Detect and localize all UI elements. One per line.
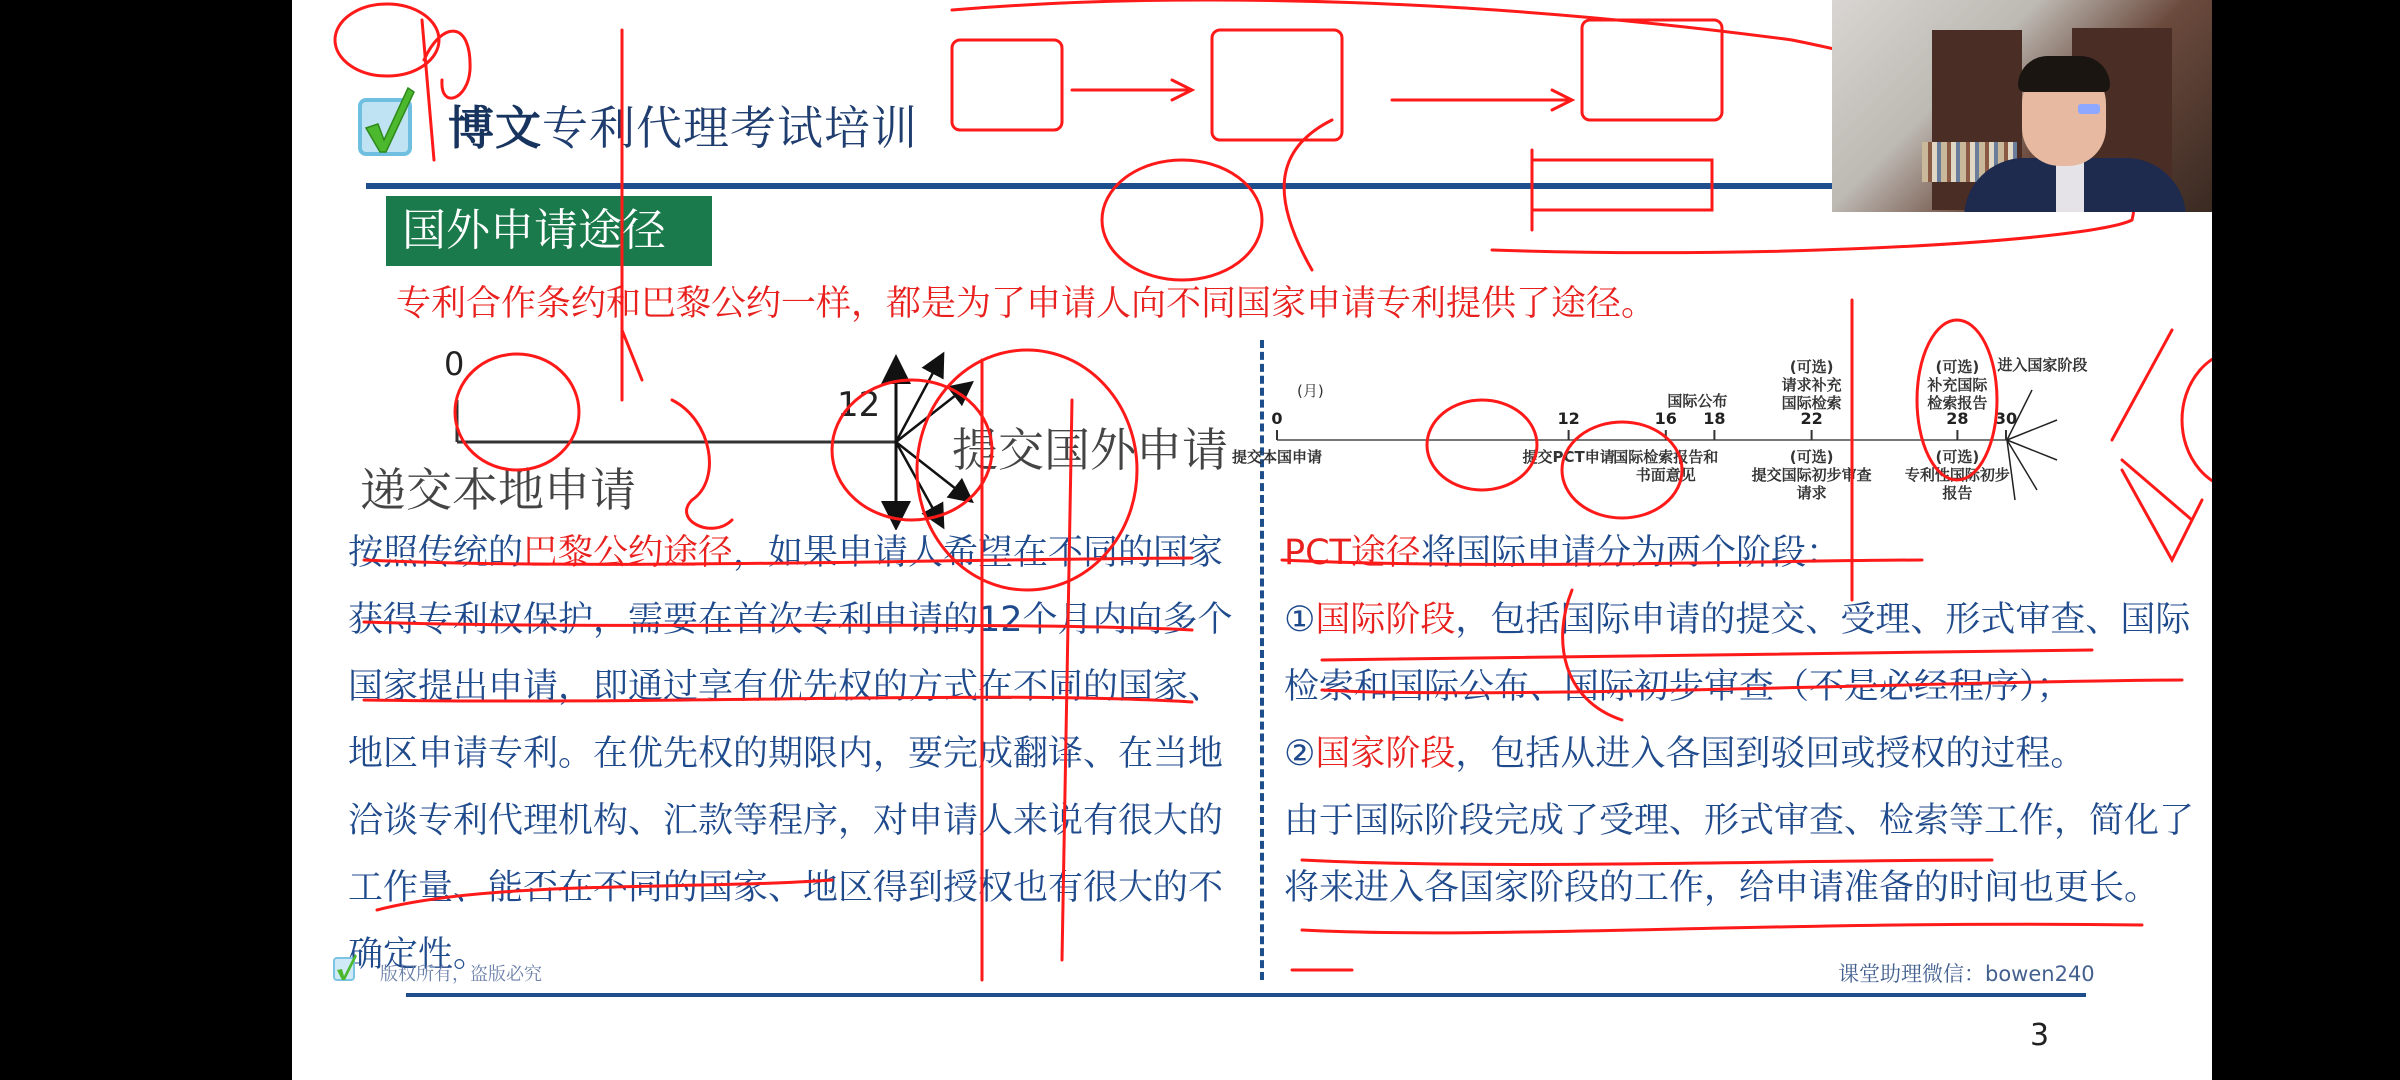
diagram-start-label: 0 — [444, 345, 464, 383]
svg-text:0: 0 — [1271, 409, 1282, 428]
diagram-12-month-label: 12 — [837, 385, 880, 425]
footer-rule — [406, 993, 2086, 997]
page-number: 3 — [2030, 1018, 2049, 1053]
column-divider — [1260, 340, 1264, 980]
presenter-hair — [2018, 56, 2110, 92]
timeline-event-below: 国际检索报告和书面意见 — [1606, 448, 1726, 484]
diagram-local-label: 递交本地申请 — [360, 454, 636, 520]
pct-benefit-text: 由于国际阶段完成了受理、形式审查、检索等工作，简化了将来进入各国家阶段的工作，给… — [1284, 788, 2204, 922]
pct-route-text: PCT途径将国际申请分为两个阶段： ①国际阶段，包括国际申请的提交、受理、形式审… — [1284, 520, 2204, 922]
presenter-shirt — [2056, 160, 2084, 212]
presenter-webcam — [1832, 0, 2212, 212]
glasses-glare — [2078, 104, 2100, 114]
course-name: 专利代理考试培训 — [542, 101, 918, 155]
timeline-event-above: (可选)请求补充国际检索 — [1752, 358, 1872, 412]
footer-copyright: 版权所有，盗版必究 — [380, 960, 542, 986]
timeline-event-below: (可选)专利性国际初步报告 — [1897, 448, 2017, 502]
timeline-event-below: (可选)提交国际初步审查请求 — [1752, 448, 1872, 502]
text-run: ，包括从进入各国到驳回或授权的过程。 — [1455, 734, 2085, 774]
international-stage-term: 国际阶段 — [1315, 600, 1455, 640]
stage-number: ① — [1284, 600, 1315, 640]
stage-one: ①国际阶段，包括国际申请的提交、受理、形式审查、国际检索和国际公布、国际初步审查… — [1284, 587, 2204, 721]
timeline-event-above: 国际公布 — [1637, 392, 1757, 410]
national-stage-term: 国家阶段 — [1315, 734, 1455, 774]
brand-name: 博文 — [448, 101, 542, 155]
timeline-unit: (月) — [1297, 382, 1324, 400]
stage-two: ②国家阶段，包括从进入各国到驳回或授权的过程。 — [1284, 721, 2204, 788]
text-run: 按照传统的 — [348, 533, 523, 573]
timeline-event-above: 进入国家阶段 — [1982, 356, 2102, 374]
section-tag: 国外申请途径 — [386, 196, 712, 266]
stage-number: ② — [1284, 734, 1315, 774]
diagram-foreign-label: 提交国外申请 — [952, 414, 1228, 480]
course-title: 博文专利代理考试培训 — [448, 92, 918, 158]
paris-route-text: 按照传统的巴黎公约途径，如果申请人希望在不同的国家获得专利权保护，需要在首次专利… — [348, 520, 1248, 989]
svg-text:12: 12 — [1557, 409, 1579, 428]
svg-text:18: 18 — [1703, 409, 1725, 428]
text-run: 将国际申请分为两个阶段： — [1421, 533, 1841, 573]
footer-logo-icon — [332, 952, 358, 982]
text-run: ，如果申请人希望在不同的国家获得专利权保护，需要在首次专利申请的12个月内向多个… — [348, 533, 1233, 975]
footer-wechat: 课堂助理微信：bowen240 — [1838, 958, 2095, 988]
paris-route-term: 巴黎公约途径 — [523, 533, 733, 573]
svg-text:16: 16 — [1655, 409, 1677, 428]
slide-subtitle: 专利合作条约和巴黎公约一样，都是为了申请人向不同国家申请专利提供了途径。 — [396, 276, 1656, 326]
pct-intro: PCT途径将国际申请分为两个阶段： — [1284, 520, 2204, 587]
checkbox-logo-icon — [354, 84, 418, 158]
timeline-event-below: 提交本国申请 — [1217, 448, 1337, 466]
pct-route-term: PCT途径 — [1284, 533, 1421, 573]
